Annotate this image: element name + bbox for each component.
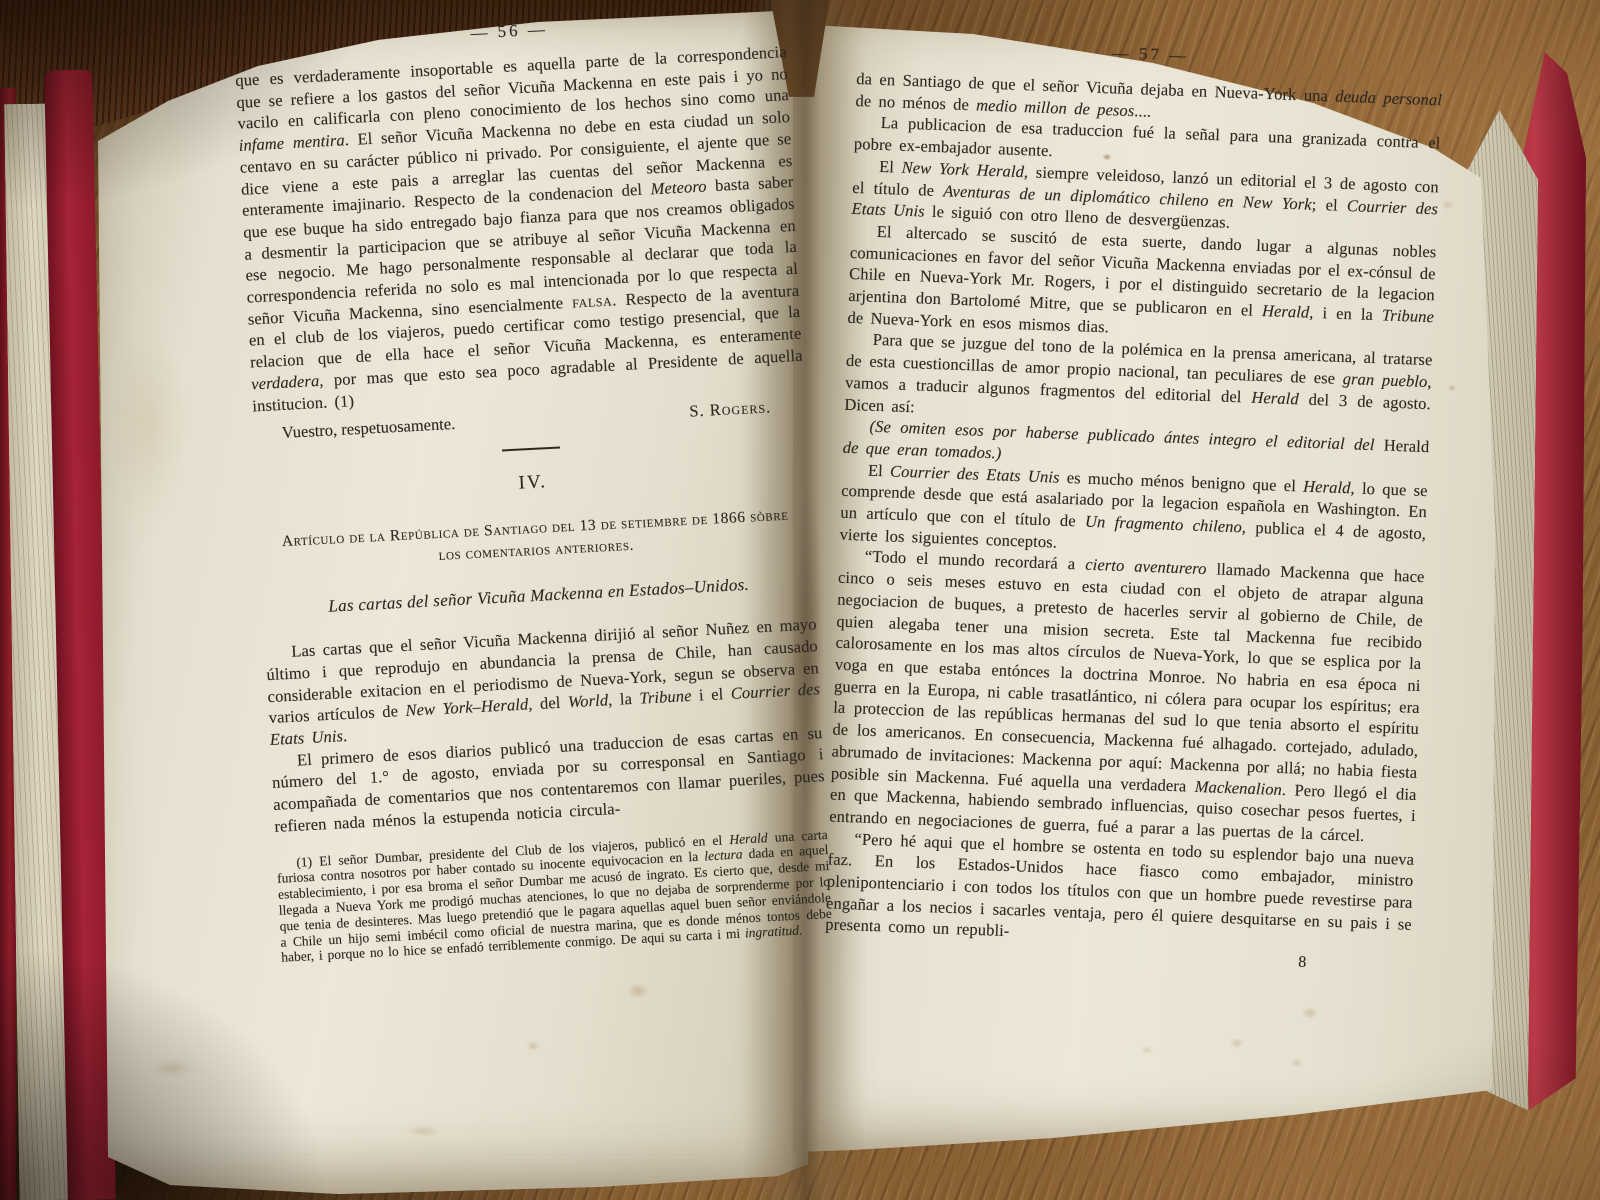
- closing-salutation: Vuestro, respetuosamente.: [253, 414, 455, 445]
- italic-text: gran pueblo: [1342, 369, 1427, 391]
- text-run: “Pero hé aqui que el hombre se ostenta e…: [825, 829, 1414, 941]
- article-subheading: Las cartas del señor Vicuña Mackenna en …: [263, 572, 815, 621]
- italic-text: infame mentira: [238, 130, 345, 155]
- italic-text: New York Herald: [901, 158, 1024, 181]
- left-page-text: — 56 — que es verdaderamente insoportabl…: [233, 7, 833, 966]
- page-number-right: — 57 —: [857, 34, 1443, 75]
- text-run: ....: [1134, 101, 1152, 121]
- smallcaps-text: falsa: [572, 290, 613, 311]
- italic-text: de que eran tomados.): [843, 438, 1002, 463]
- book-photo: — 56 — que es verdaderamente insoportabl…: [0, 0, 1600, 1200]
- text-run: Herald: [1383, 436, 1429, 457]
- italic-text: Mackenalion: [1194, 776, 1282, 798]
- text-run: , i en la: [1309, 303, 1382, 325]
- paragraph-continuation: que es verdaderamente insoportable es aq…: [235, 41, 804, 417]
- text-run: El: [868, 460, 891, 480]
- italic-text: World: [567, 691, 608, 712]
- italic-text: lectura: [704, 847, 743, 864]
- right-page-text: — 57 — da en Santiago de que el señor Vi…: [824, 34, 1443, 976]
- text-run: ; el: [1311, 194, 1347, 214]
- italic-text: Las cartas del señor Vicuña Mackenna en …: [328, 575, 750, 616]
- paragraph: El altercado se suscitó de esta suerte, …: [847, 220, 1437, 350]
- text-run: , del: [528, 693, 569, 714]
- italic-text: Herald: [1251, 388, 1299, 409]
- italic-text: Meteoro: [650, 177, 707, 199]
- italic-text: Herald: [1303, 476, 1351, 497]
- text-run: , la: [608, 689, 640, 710]
- italic-text: Tribune: [1382, 305, 1435, 326]
- italic-text: deuda personal: [1335, 87, 1442, 110]
- text-run: de no ménos de: [855, 91, 976, 114]
- italic-text: Un fragmento chileno: [1085, 512, 1243, 537]
- text-run: i el: [691, 684, 731, 705]
- section-numeral: IV.: [257, 458, 809, 509]
- italic-text: Tribune: [639, 686, 692, 708]
- text-run: .: [799, 923, 803, 938]
- closing-signature: S. Rogers.: [689, 398, 772, 422]
- italic-text: New York–Herald: [405, 695, 529, 720]
- paragraph-quote: “Pero hé aqui que el hombre se ostenta e…: [825, 827, 1415, 957]
- section-divider: [502, 447, 560, 452]
- text-run: El: [879, 157, 902, 177]
- text-run: llamado Mackenna que hace cinco o seis m…: [831, 560, 1425, 796]
- italic-text: Herald: [1262, 301, 1310, 322]
- paragraph-quote: “Todo el mundo recordará a cierto aventu…: [829, 545, 1425, 848]
- section-heading: Artículo de la República de Santiago del…: [281, 505, 791, 576]
- italic-text: ingratitud: [745, 923, 800, 941]
- right-page-blocks: da en Santiago de que el señor Vicuña de…: [824, 68, 1442, 976]
- italic-text: verdadera: [251, 371, 320, 394]
- left-page-blocks: que es verdaderamente insoportable es aq…: [235, 41, 833, 966]
- italic-text: Herald: [729, 830, 768, 847]
- italic-text: cierto aventurero: [1085, 555, 1207, 578]
- text-run: .: [342, 726, 347, 745]
